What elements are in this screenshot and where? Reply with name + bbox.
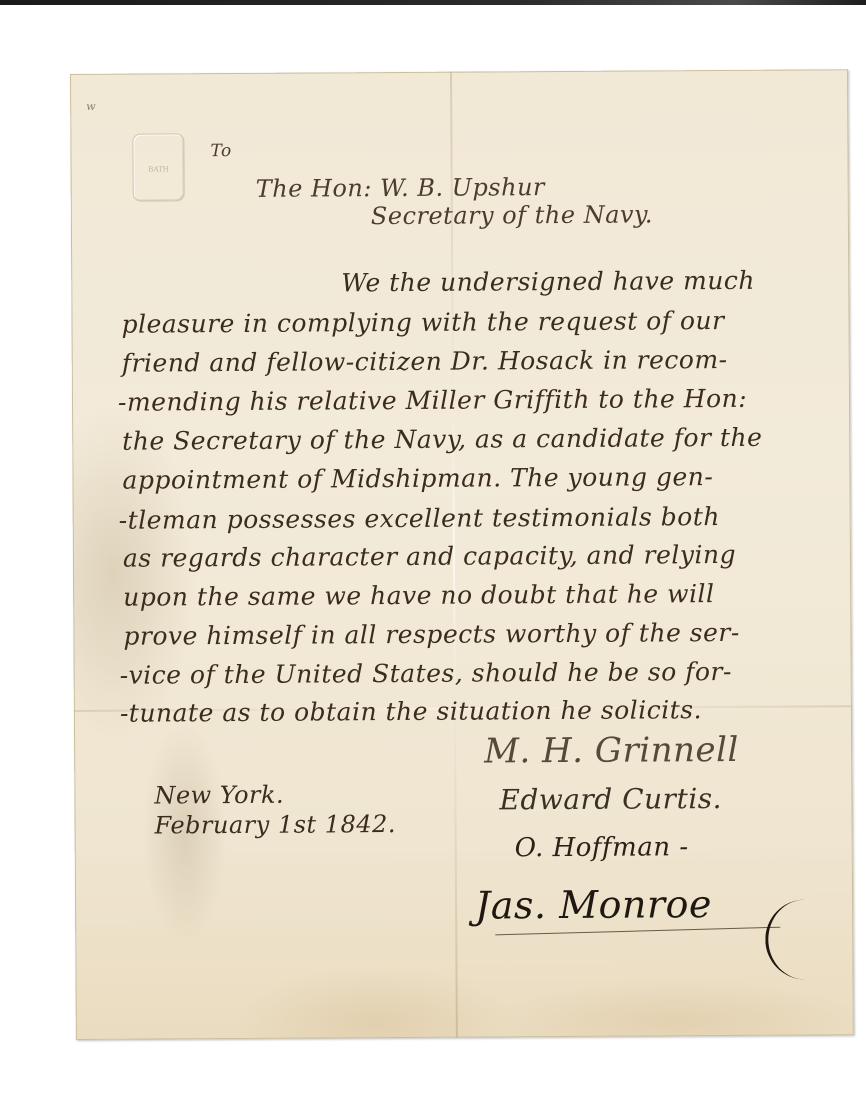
body-line-5: the Secretary of the Navy, as a candidat… — [122, 423, 762, 456]
signature-grinnell: M. H. Grinnell — [484, 730, 739, 772]
place-of-writing: New York. — [154, 781, 284, 810]
body-line-6: appointment of Midshipman. The young gen… — [122, 462, 713, 495]
signature-underline — [495, 927, 780, 936]
body-line-8: as regards character and capacity, and r… — [123, 540, 736, 573]
embossed-stamp-icon: BATH — [132, 133, 184, 201]
letter-date: February 1st 1842. — [155, 810, 397, 839]
body-line-3: friend and fellow-citizen Dr. Hosack in … — [122, 345, 728, 378]
body-line-1: We the undersigned have much — [341, 266, 755, 298]
letter-paper: w BATH To The Hon: W. B. Upshur Secretar… — [70, 69, 854, 1040]
emboss-line-bottom: BATH — [134, 164, 184, 174]
body-line-4: -mending his relative Miller Griffith to… — [118, 384, 747, 417]
signature-curtis: Edward Curtis. — [499, 782, 722, 816]
corner-pencil-mark: w — [86, 100, 96, 113]
addressee-name: The Hon: W. B. Upshur — [256, 173, 545, 203]
body-line-7: -tleman possesses excellent testimonials… — [119, 502, 720, 535]
signature-monroe: Jas. Monroe — [475, 882, 712, 927]
body-line-9: upon the same we have no doubt that he w… — [123, 579, 714, 612]
addressee-title: Secretary of the Navy. — [371, 200, 653, 230]
signature-flourish — [765, 900, 808, 980]
signature-hoffman: O. Hoffman - — [515, 832, 689, 863]
body-line-12: -tunate as to obtain the situation he so… — [120, 695, 702, 728]
body-line-11: -vice of the United States, should he be… — [120, 657, 732, 690]
body-line-2: pleasure in complying with the request o… — [121, 306, 724, 339]
salutation: To — [210, 141, 231, 161]
body-line-10: prove himself in all respects worthy of … — [123, 618, 740, 651]
top-border-band — [0, 0, 866, 5]
